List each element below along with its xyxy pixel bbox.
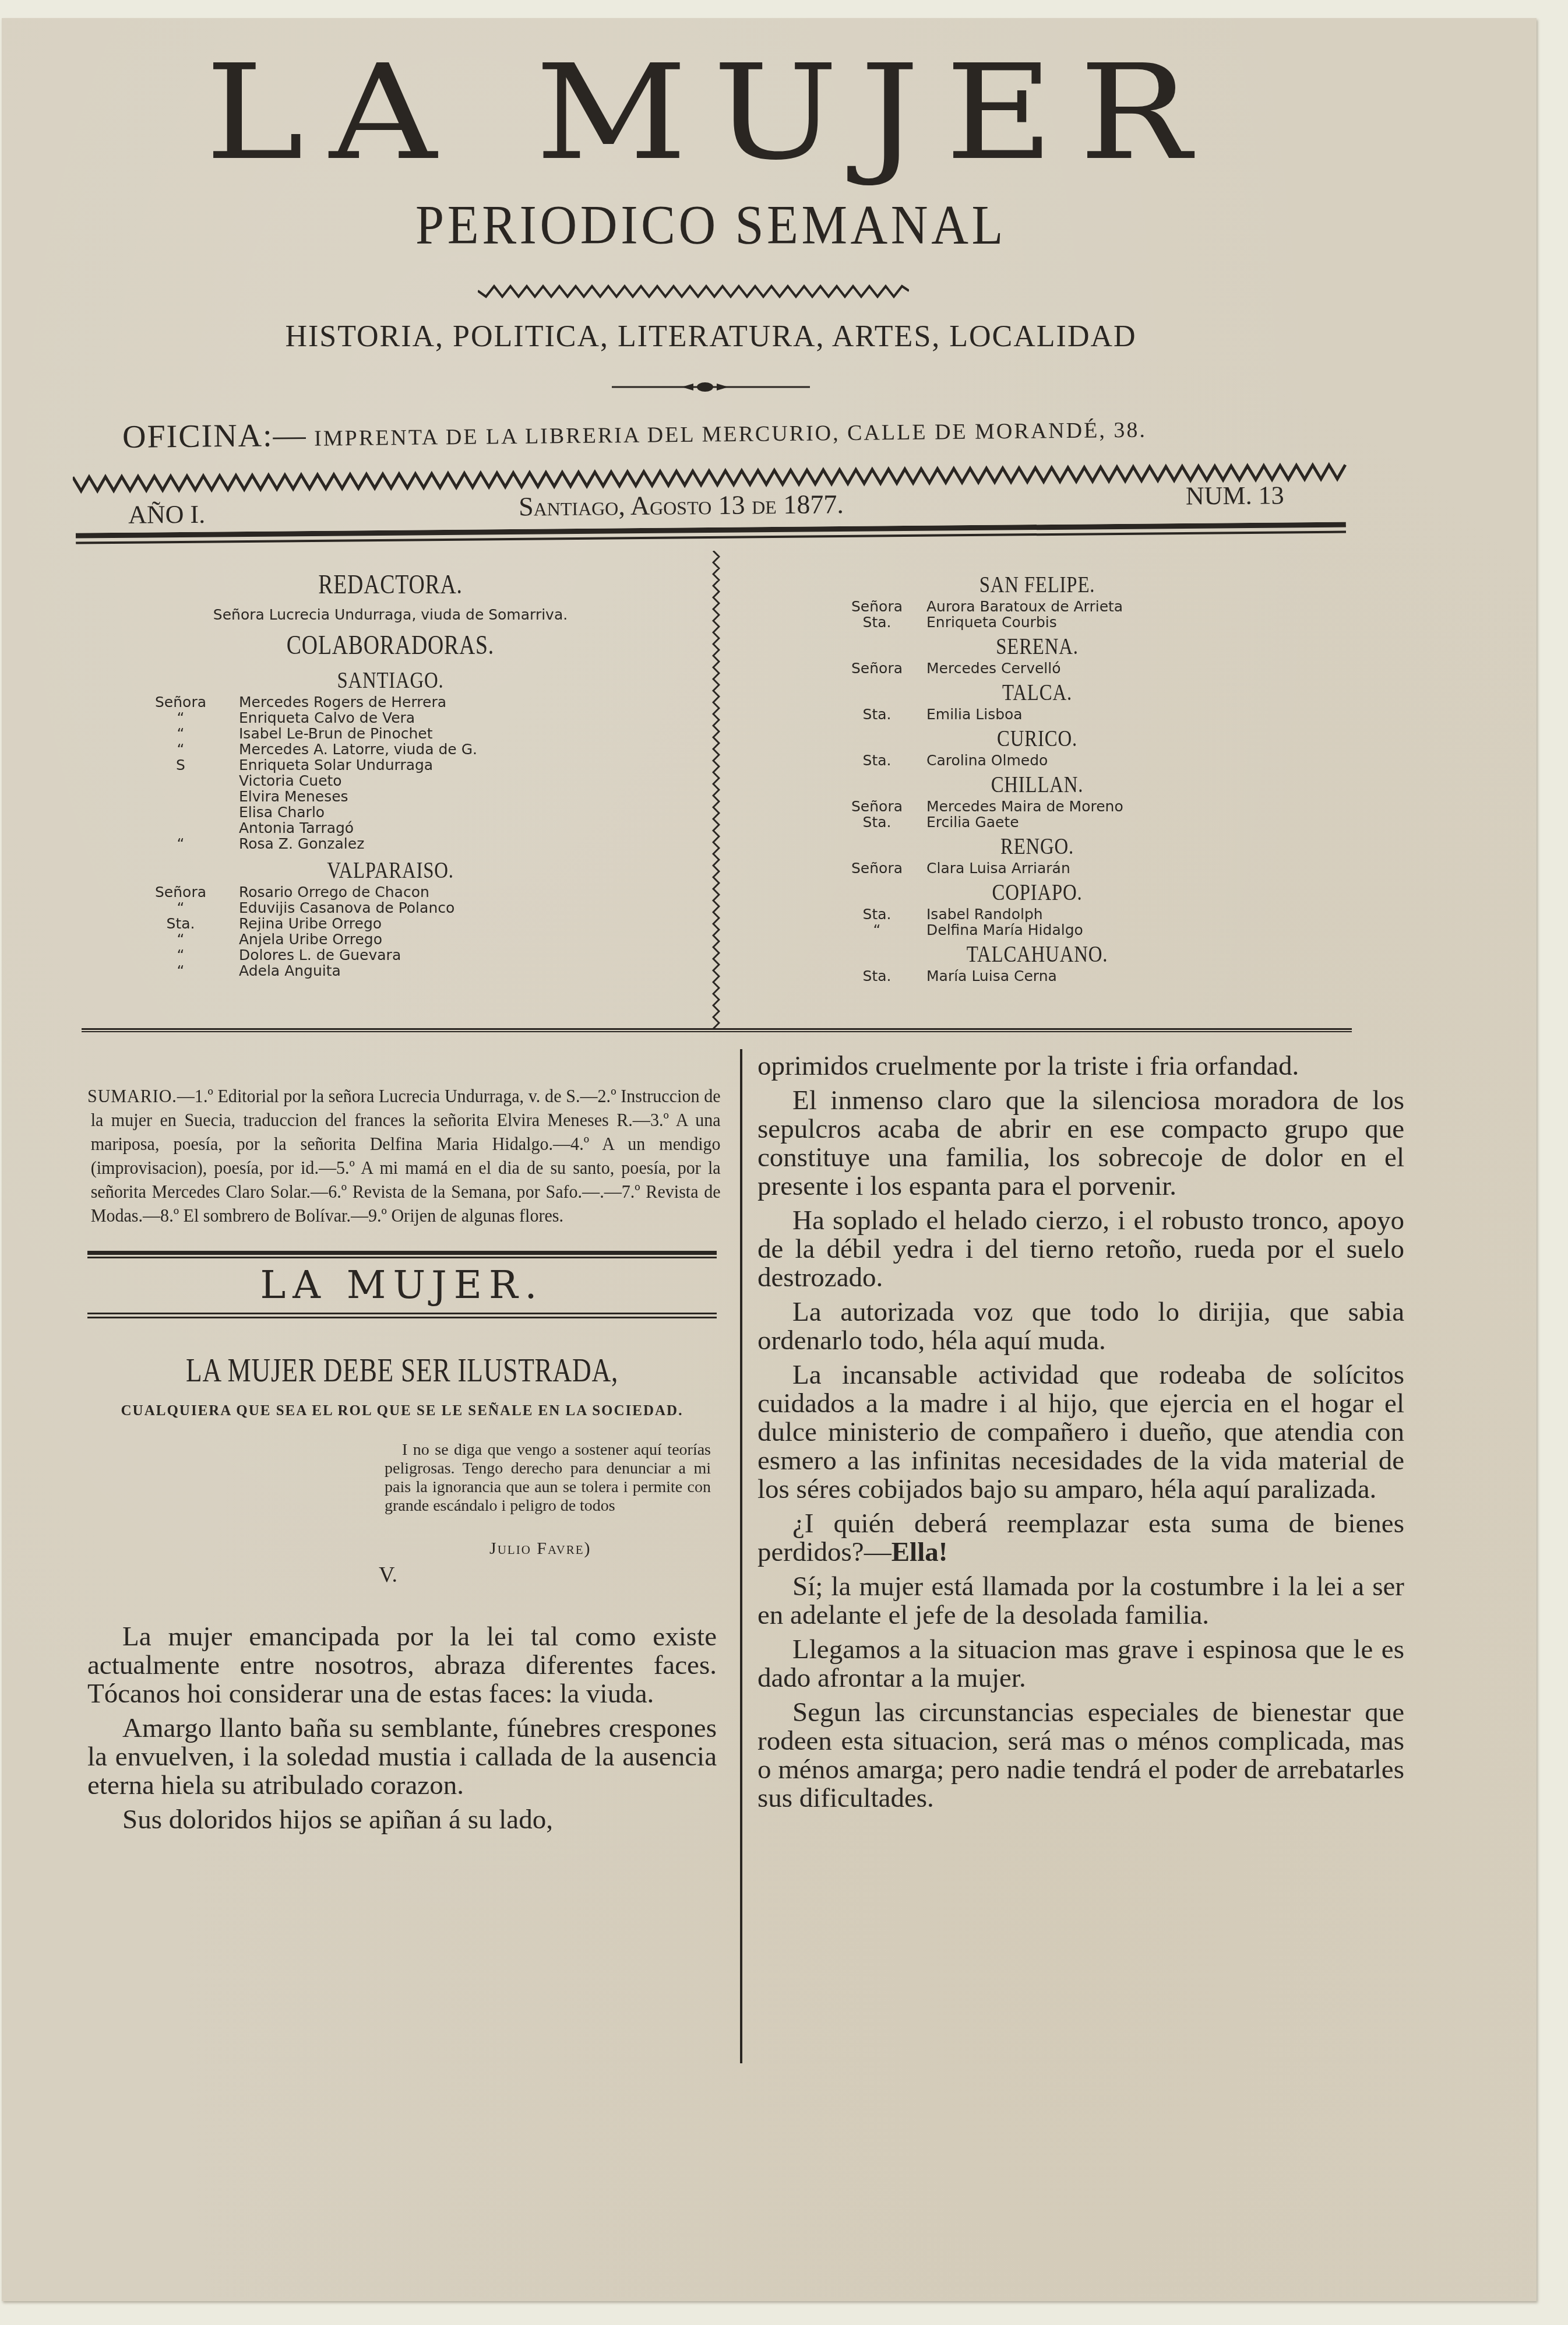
contributor-name: Victoria Cueto xyxy=(239,773,658,789)
honorific: “ xyxy=(122,836,239,852)
paragraph: oprimidos cruelmente por la triste i fri… xyxy=(757,1052,1404,1081)
contributor-row: SeñoraAurora Baratoux de Arrieta xyxy=(827,599,1247,614)
sumario-label: SUMARIO. xyxy=(87,1085,177,1106)
masthead-subtitle: PERIODICO SEMANAL xyxy=(218,192,1204,257)
contributor-row: Sta.Enriqueta Courbis xyxy=(827,614,1247,630)
contributor-row: “Eduvijis Casanova de Polanco xyxy=(122,900,658,916)
contributor-row: Victoria Cueto xyxy=(122,773,658,789)
honorific: S xyxy=(122,757,239,773)
contributor-row: “Enriqueta Calvo de Vera xyxy=(122,710,658,726)
contributor-row: “Rosa Z. Gonzalez xyxy=(122,836,658,852)
city-heading: TALCAHUANO. xyxy=(865,940,1209,968)
contributor-name: Mercedes Cervelló xyxy=(926,660,1247,676)
contributor-name: Aurora Baratoux de Arrieta xyxy=(926,599,1247,614)
honorific: Señora xyxy=(827,660,926,676)
honorific: Sta. xyxy=(827,706,926,722)
contributor-row: Elisa Charlo xyxy=(122,804,658,820)
paragraph: Segun las circunstancias especiales de b… xyxy=(757,1698,1404,1813)
city-heading: SERENA. xyxy=(865,632,1209,660)
paragraph: Sí; la mujer está llamada por la costumb… xyxy=(757,1573,1404,1630)
honorific xyxy=(122,804,239,820)
contributor-name: Isabel Randolph xyxy=(926,906,1247,922)
article-body-right: oprimidos cruelmente por la triste i fri… xyxy=(757,1052,1404,1813)
article-body-left: La mujer emancipada por la lei tal como … xyxy=(87,1623,717,1834)
honorific: “ xyxy=(122,726,239,741)
honorific: “ xyxy=(122,931,239,947)
answer-text: Ella! xyxy=(892,1537,948,1567)
staff-left-column: REDACTORA. Señora Lucrecia Undurraga, vi… xyxy=(122,568,658,979)
paragraph: Ha soplado el helado cierzo, i el robust… xyxy=(757,1207,1404,1292)
paragraph: Llegamos a la situacion mas grave i espi… xyxy=(757,1635,1404,1693)
honorific: Sta. xyxy=(122,916,239,931)
city-heading: CURICO. xyxy=(865,724,1209,752)
issue-date: Santiago, Agosto 13 de 1877. xyxy=(519,488,844,522)
honorific: Sta. xyxy=(827,752,926,768)
contributor-row: SeñoraMercedes Rogers de Herrera xyxy=(122,694,658,710)
contributor-name: Rejina Uribe Orrego xyxy=(239,916,658,931)
contributor-name: Enriqueta Calvo de Vera xyxy=(239,710,658,726)
honorific xyxy=(122,820,239,836)
honorific: “ xyxy=(122,963,239,979)
contributor-name: Enriqueta Solar Undurraga xyxy=(239,757,658,773)
contributor-name: Elisa Charlo xyxy=(239,804,658,820)
contributor-row: “Mercedes A. Latorre, viuda de G. xyxy=(122,741,658,757)
honorific xyxy=(122,789,239,804)
contributor-row: Antonia Tarragó xyxy=(122,820,658,836)
contributor-name: Mercedes Maira de Moreno xyxy=(926,799,1247,814)
contributor-name: Rosario Orrego de Chacon xyxy=(239,884,658,900)
sumario-text: —1.º Editorial por la señora Lucrecia Un… xyxy=(91,1085,721,1226)
wavy-column-divider xyxy=(712,551,720,1032)
city-heading: SANTIAGO. xyxy=(171,666,610,694)
paragraph-question: ¿I quién deberá reemplazar esta suma de … xyxy=(757,1510,1404,1567)
contributor-row: Sta.Ercilia Gaete xyxy=(827,814,1247,830)
honorific: Señora xyxy=(827,799,926,814)
horizontal-rule xyxy=(82,1027,1352,1033)
ornamental-divider-icon xyxy=(612,380,810,394)
epigraph: I no se diga que vengo a sostener aquí t… xyxy=(385,1441,711,1515)
contributor-row: Sta.Isabel Randolph xyxy=(827,906,1247,922)
contributor-row: SeñoraMercedes Cervelló xyxy=(827,660,1247,676)
contributor-row: Sta.María Luisa Cerna xyxy=(827,968,1247,984)
staff-right-column: SAN FELIPE.SeñoraAurora Baratoux de Arri… xyxy=(827,568,1247,984)
contributor-name: Delfina María Hidalgo xyxy=(926,922,1247,938)
paragraph: Sus doloridos hijos se apiñan á su lado, xyxy=(87,1806,717,1834)
honorific xyxy=(122,773,239,789)
paragraph: La autorizada voz que todo lo dirijia, q… xyxy=(757,1298,1404,1355)
contributor-name: Elvira Meneses xyxy=(239,789,658,804)
sumario-contents: SUMARIO.—1.º Editorial por la señora Luc… xyxy=(87,1084,721,1227)
contributor-row: Sta.Rejina Uribe Orrego xyxy=(122,916,658,931)
right-column: oprimidos cruelmente por la triste i fri… xyxy=(740,1052,1404,1819)
city-heading: VALPARAISO. xyxy=(171,856,610,884)
article-subtitle: CUALQUIERA QUE SEA EL ROL QUE SE LE SEÑA… xyxy=(111,1399,693,1423)
paragraph: Amargo llanto baña su semblante, fúnebre… xyxy=(87,1714,717,1800)
contributor-row: SeñoraMercedes Maira de Moreno xyxy=(827,799,1247,814)
contributor-name: Eduvijis Casanova de Polanco xyxy=(239,900,658,916)
editor-heading: REDACTORA. xyxy=(171,568,610,601)
left-column: SUMARIO.—1.º Editorial por la señora Luc… xyxy=(87,1084,717,1840)
honorific: Sta. xyxy=(827,906,926,922)
honorific: Señora xyxy=(122,884,239,900)
city-heading: SAN FELIPE. xyxy=(865,571,1209,599)
honorific: Sta. xyxy=(827,968,926,984)
contributor-name: Adela Anguita xyxy=(239,963,658,979)
paragraph: La mujer emancipada por la lei tal como … xyxy=(87,1623,717,1708)
paragraph-group: El inmenso claro que la silenciosa morad… xyxy=(757,1086,1404,1504)
editor-name: Señora Lucrecia Undurraga, viuda de Soma… xyxy=(122,601,658,629)
part-number: V. xyxy=(379,1562,717,1588)
contributor-name: Mercedes A. Latorre, viuda de G. xyxy=(239,741,658,757)
contributors-heading: COLABORADORAS. xyxy=(171,629,610,662)
contributor-row: SeñoraRosario Orrego de Chacon xyxy=(122,884,658,900)
contributor-row: SeñoraClara Luisa Arriarán xyxy=(827,860,1247,876)
city-heading: TALCA. xyxy=(865,678,1209,706)
honorific: “ xyxy=(827,922,926,938)
contributor-name: Antonia Tarragó xyxy=(239,820,658,836)
honorific: “ xyxy=(122,710,239,726)
contributor-row: Sta.Carolina Olmedo xyxy=(827,752,1247,768)
contributor-name: Rosa Z. Gonzalez xyxy=(239,836,658,852)
contributor-name: Emilia Lisboa xyxy=(926,706,1247,722)
contributor-name: Clara Luisa Arriarán xyxy=(926,860,1247,876)
question-text: ¿I quién deberá reemplazar esta suma de … xyxy=(757,1508,1404,1567)
contributor-name: Carolina Olmedo xyxy=(926,752,1247,768)
city-heading: CHILLAN. xyxy=(865,771,1209,799)
paragraph: El inmenso claro que la silenciosa morad… xyxy=(757,1086,1404,1201)
article-title: LA MUJER DEBE SER ILUSTRADA, xyxy=(157,1350,647,1391)
honorific: “ xyxy=(122,741,239,757)
office-text: IMPRENTA DE LA LIBRERIA DEL MERCURIO, CA… xyxy=(314,418,1147,451)
paragraph-group: Sí; la mujer está llamada por la costumb… xyxy=(757,1573,1404,1813)
honorific: “ xyxy=(122,900,239,916)
double-rule xyxy=(87,1311,717,1320)
honorific: “ xyxy=(122,947,239,963)
city-heading: COPIAPO. xyxy=(865,878,1209,906)
issue-number: NUM. 13 xyxy=(1186,480,1284,511)
masthead-topics: HISTORIA, POLITICA, LITERATURA, ARTES, L… xyxy=(163,319,1259,354)
city-heading: RENGO. xyxy=(865,832,1209,860)
contributor-row: “Dolores L. de Guevara xyxy=(122,947,658,963)
contributor-row: Sta.Emilia Lisboa xyxy=(827,706,1247,722)
section-heading: LA MUJER. xyxy=(87,1259,717,1311)
contributor-row: “Isabel Le-Brun de Pinochet xyxy=(122,726,658,741)
contributor-name: Dolores L. de Guevara xyxy=(239,947,658,963)
contributor-name: Isabel Le-Brun de Pinochet xyxy=(239,726,658,741)
contributor-row: “Adela Anguita xyxy=(122,963,658,979)
contributor-row: “Delfina María Hidalgo xyxy=(827,922,1247,938)
paragraph: La incansable actividad que rodeaba de s… xyxy=(757,1361,1404,1504)
contributor-row: Elvira Meneses xyxy=(122,789,658,804)
office-label: OFICINA:— xyxy=(122,417,307,455)
honorific: Sta. xyxy=(827,814,926,830)
honorific: Sta. xyxy=(827,614,926,630)
zigzag-ornament-icon xyxy=(478,283,909,299)
honorific: Señora xyxy=(827,599,926,614)
contributor-groups-right: SAN FELIPE.SeñoraAurora Baratoux de Arri… xyxy=(827,571,1247,984)
epigraph-author: Julio Favre) xyxy=(489,1539,717,1559)
contributor-name: María Luisa Cerna xyxy=(926,968,1247,984)
year-label: AÑO I. xyxy=(128,500,205,530)
double-rule xyxy=(87,1251,717,1259)
honorific: Señora xyxy=(122,694,239,710)
contributor-name: Anjela Uribe Orrego xyxy=(239,931,658,947)
contributor-name: Mercedes Rogers de Herrera xyxy=(239,694,658,710)
contributor-name: Enriqueta Courbis xyxy=(926,614,1247,630)
contributor-name: Ercilia Gaete xyxy=(926,814,1247,830)
contributor-row: SEnriqueta Solar Undurraga xyxy=(122,757,658,773)
contributor-row: “Anjela Uribe Orrego xyxy=(122,931,658,947)
contributor-groups-left: SANTIAGO.SeñoraMercedes Rogers de Herrer… xyxy=(122,666,658,979)
honorific: Señora xyxy=(827,860,926,876)
masthead-title: LA MUJER xyxy=(175,47,1247,180)
